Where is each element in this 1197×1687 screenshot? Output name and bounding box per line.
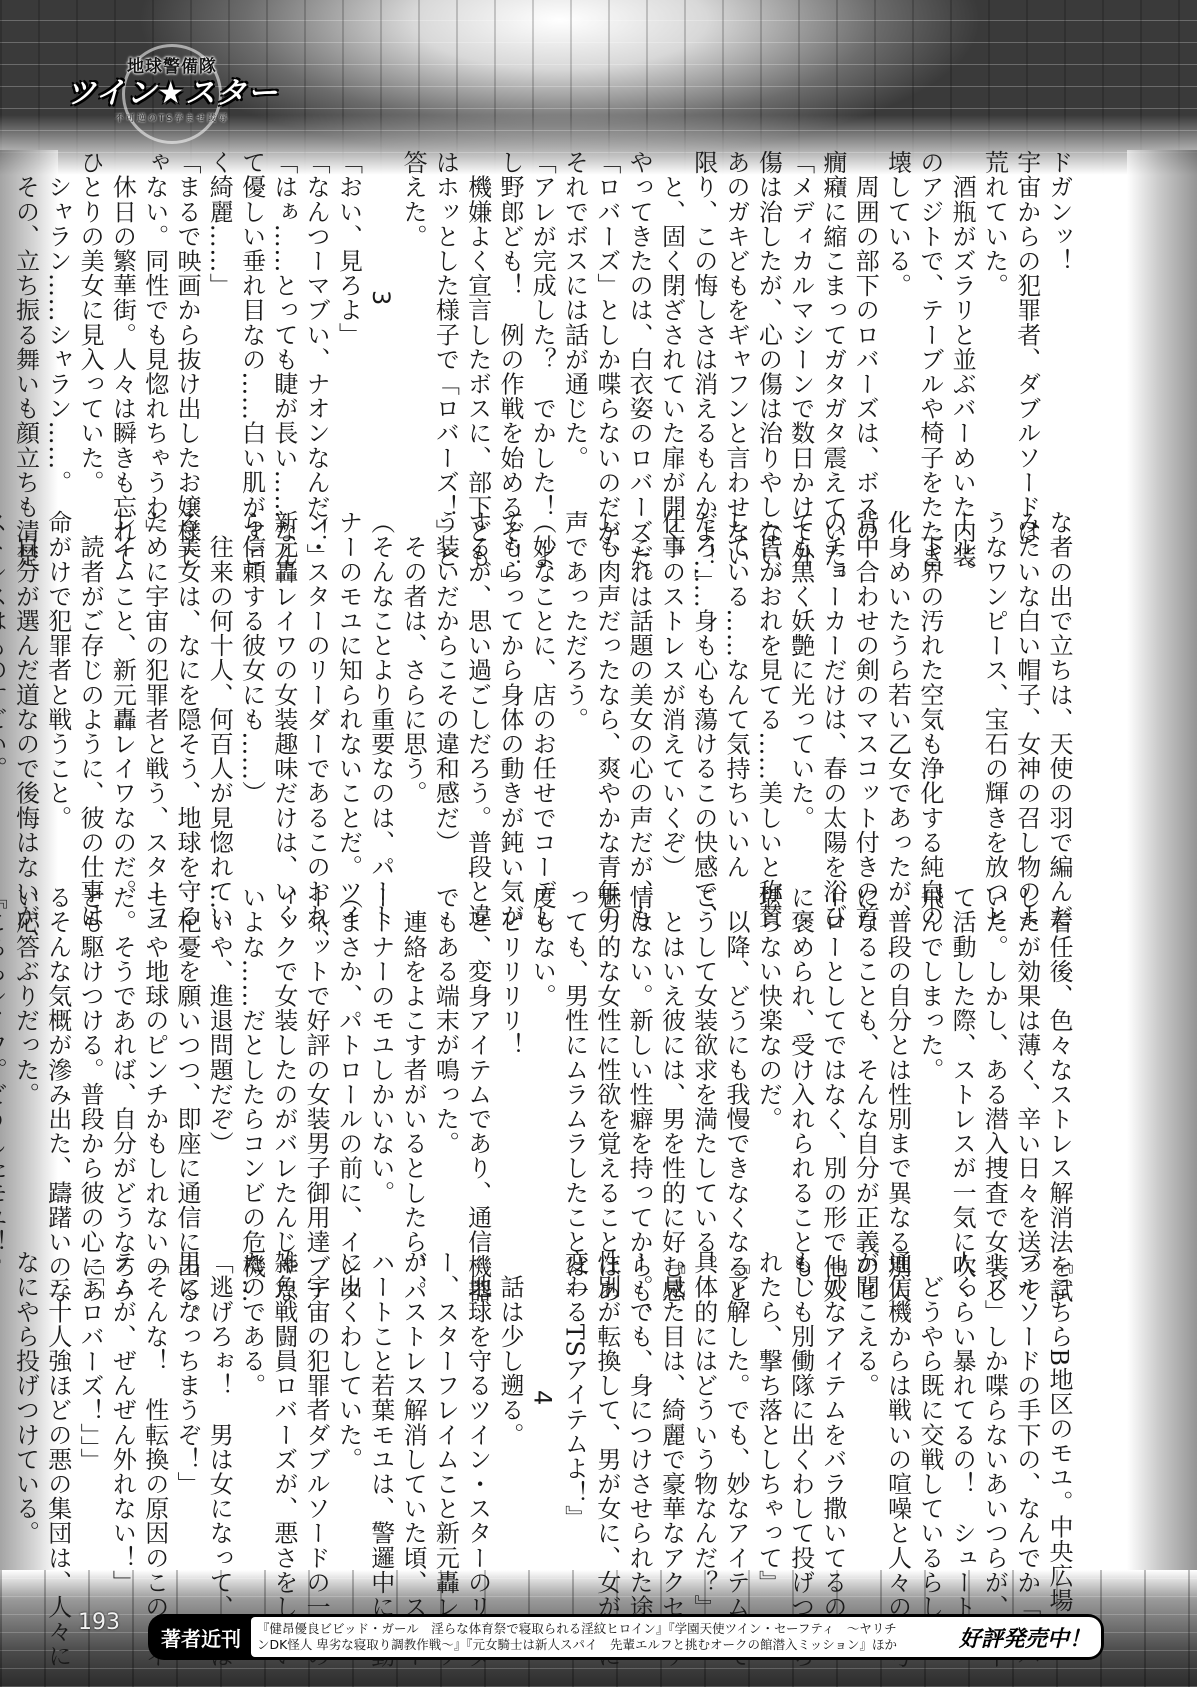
text-column: 周囲の部下のロバーズは、ボスの bbox=[849, 150, 881, 490]
text-column: 答えた。 bbox=[397, 150, 429, 490]
text-column: のチョーカーだけは、春の太陽を浴び bbox=[817, 510, 849, 850]
text-column: 通信機からは戦いの喧噪と人々の怒号 bbox=[881, 1250, 913, 1585]
text-column: て優しい垂れ目なの……白い肌がすご bbox=[235, 150, 267, 490]
text-column: ても黒く妖艶に光っていた。 bbox=[784, 510, 816, 850]
author-recent-works-banner: 著者近刊 『健昂優良ビビッド・ガール 淫らな体育祭で寝取られる淫紋ヒロイン』『学… bbox=[148, 1614, 1104, 1660]
text-column: て活動した際、ストレスが一気に吹っ bbox=[946, 885, 978, 1225]
text-column: ーローとしてではなく、別の形で他人 bbox=[817, 885, 849, 1225]
text-column: 仕事のストレスが消えていくぞ） bbox=[655, 510, 687, 850]
text-column: 傷は治したが、心の傷は治りやしない。 bbox=[752, 150, 784, 490]
text-column: と、変身アイテムであり、通信機器 bbox=[461, 885, 493, 1225]
text-column: い応答ぶりだった。 bbox=[9, 885, 41, 1225]
text-column: 『こちらB地区のモユ。中央広場でダ bbox=[1043, 1250, 1075, 1585]
text-column: している……なんて気持ちいいん bbox=[720, 510, 752, 850]
text-column: シャラン……シャラン……。 bbox=[42, 150, 74, 490]
text-column: たのである。 bbox=[235, 1250, 267, 1585]
page-number: 193 bbox=[78, 1610, 120, 1635]
text-column: 変わるTSアイテムよ！』 bbox=[558, 1250, 590, 1585]
text-column: が、ストレス解消していた頃、スター bbox=[397, 1250, 429, 1585]
text-column: 『妙なアイテムをバラ撒いてるのよ。 bbox=[817, 1250, 849, 1585]
text-column: 読者がご存じのように、彼の仕事は bbox=[74, 510, 106, 850]
text-column: 以降、どうにも我慢できなくなると、 bbox=[720, 885, 752, 1225]
recent-works-box: 『健昂優良ビビッド・ガール 淫らな体育祭で寝取られる淫紋ヒロイン』『学園天使ツイ… bbox=[251, 1617, 1101, 1657]
text-column: ィックで女装したのがバレたんじゃな bbox=[268, 885, 300, 1225]
text-column: （妙なことに、店のお任せでコーデし bbox=[526, 510, 558, 850]
text-column: ーズ」しか喋らないあいつらが、二十 bbox=[978, 1250, 1010, 1585]
text-column: 『了解した。でも、妙なアイテムって bbox=[720, 1250, 752, 1585]
text-column: 休日の繁華街。人々は瞬きも忘れて bbox=[106, 150, 138, 490]
text-column: 背中合わせの剣のマスコット付きの首 bbox=[849, 510, 881, 850]
text-column: ナーのモユに知られないことだ。ツイ bbox=[332, 510, 364, 850]
text-column: （皆がおれを見てる……美しいと称賛 bbox=[752, 510, 784, 850]
text-column: 連絡をよこす者がいるとしたら、パ bbox=[397, 885, 429, 1225]
recent-works-line-1: 『健昂優良ビビッド・ガール 淫らな体育祭で寝取られる淫紋ヒロイン』『学園天使ツイ… bbox=[257, 1621, 897, 1636]
text-column: これは話題の美女の心の声だが、も bbox=[623, 510, 655, 850]
text-column: でもある端末が鳴った。 bbox=[429, 885, 461, 1225]
text-column: いよな……だとしたらコンビの危機… bbox=[235, 885, 267, 1225]
text-column: ール。 bbox=[946, 510, 978, 850]
text-column: 具体的にはどういう物なんだ？』 bbox=[687, 1250, 719, 1585]
text-column: 「おい、見ろよ」 bbox=[332, 150, 364, 490]
text-column: ピリリリリ！ bbox=[494, 885, 526, 1225]
text-column: ー。でも、身につけさせられた途端、 bbox=[623, 1250, 655, 1585]
text-column: っても、男性にムラムラしたことは一 bbox=[558, 885, 590, 1225]
text-column: 機嫌よく宣言したボスに、部下ども bbox=[461, 150, 493, 490]
text-column: 限り、この悔しさは消えるもんかよ！」 bbox=[687, 150, 719, 490]
circuit-right-margin bbox=[1127, 150, 1197, 1570]
text-column: 「なんつーマブい、ナオンなんだ！」 bbox=[300, 150, 332, 490]
logo-top-line: 地球警備隊 bbox=[62, 52, 282, 77]
text-column: 普段の自分とは性別まで異なる別人 bbox=[881, 885, 913, 1225]
text-column: その、立ち振る舞いも顔立ちも清楚 bbox=[9, 150, 41, 490]
text-column: れたら、撃ち落としちゃって』 bbox=[752, 1250, 784, 1585]
text-band-1: ドガンッ！宇宙からの犯罪者、ダブルソードは荒れていた。 酒瓶がズラリと並ぶバーめ… bbox=[70, 150, 1075, 490]
text-band-4: 『こちらB地区のモユ。中央広場でダブルソードの手下の、なんでか「ロバーズ」しか喋… bbox=[70, 1250, 1075, 1585]
text-column: 地球を守るツイン・スターのリーダ bbox=[461, 1250, 493, 1585]
text-column: が聞こえる。 bbox=[849, 1250, 881, 1585]
text-column: レイムこと、新元轟レイワなのだ。 bbox=[106, 510, 138, 850]
text-column: 人くらい暴れてるの！ シュート！』 bbox=[946, 1250, 978, 1585]
text-column: こうして女装欲求を満たしている。 bbox=[687, 885, 719, 1225]
text-column: ーネットで好評の女装男子御用達ブテ bbox=[300, 885, 332, 1225]
text-column: 杞憂を願いつつ、即座に通信に出る。 bbox=[171, 885, 203, 1225]
text-column: 飛んでしまった。 bbox=[914, 885, 946, 1225]
text-column: 『見た目は、綺麗で豪華なアクセサリ bbox=[655, 1250, 687, 1585]
text-column: どうやら既に交戦しているらしい。 bbox=[914, 1250, 946, 1585]
text-column: 度もない。 bbox=[526, 885, 558, 1225]
text-band-2: な者の出で立ちは、天使の羽で編んだみたいな白い帽子、女神の召し物のようなワンピー… bbox=[70, 510, 1075, 850]
text-column: 下界の汚れた空気も浄化する純白の bbox=[914, 510, 946, 850]
text-column: モユや地球のピンチかもしれないの bbox=[138, 885, 170, 1225]
text-column: 雑魚戦闘員ロバーズが、悪さをしてい bbox=[268, 1250, 300, 1585]
text-column: しも肉声だったなら、爽やかな青年の bbox=[591, 510, 623, 850]
text-column: その者は、さらに思う。 bbox=[397, 510, 429, 850]
text-column: るそんな気概が滲み出た、躊躇いのな bbox=[42, 885, 74, 1225]
text-column: ハートこと若葉モユは、警邏中に騒動 bbox=[364, 1250, 396, 1585]
text-column: 声であっただろう。 bbox=[558, 510, 590, 850]
series-logo: 地球警備隊 ツイン★スター 不可逆のTS孕ませ陵辱 bbox=[62, 42, 282, 142]
text-column: な者の出で立ちは、天使の羽で編んだ bbox=[1043, 510, 1075, 850]
text-column: みたいな白い帽子、女神の召し物のよ bbox=[1010, 510, 1042, 850]
text-column: テムが、ぜんぜん外れない！」 bbox=[106, 1250, 138, 1585]
text-column: あのガキどもをギャフンと言わせない bbox=[720, 150, 752, 490]
text-column: ストレスはものすごい。 bbox=[0, 510, 9, 850]
text-column: したが効果は薄く、辛い日々を送って bbox=[1010, 885, 1042, 1225]
text-column: と、固く閉ざされていた扉が開く。 bbox=[655, 150, 687, 490]
text-column: し野郎ども！ 例の作戦を始めるぞ！」 bbox=[494, 150, 526, 490]
text-column: ひとりの美女に見入っていた。 bbox=[74, 150, 106, 490]
text-column: 「ロバーズ」としか喋らないのだが、 bbox=[591, 150, 623, 490]
text-column: 着任後、色々なストレス解消法を試 bbox=[1043, 885, 1075, 1225]
text-column: やってきたのは、白衣姿のロバーズだ。 bbox=[623, 150, 655, 490]
on-sale-callout: 好評発売中！ bbox=[959, 1622, 1091, 1653]
text-column: 「アレが完成した？ でかした！ よ bbox=[526, 150, 558, 490]
text-band-3: 着任後、色々なストレス解消法を試したが効果は薄く、辛い日々を送っていた。しかし、… bbox=[70, 885, 1075, 1225]
text-column: 自分が選んだ道なので後悔はないが、 bbox=[9, 510, 41, 850]
text-column: するが、思い過ごしだろう。普段と違 bbox=[461, 510, 493, 850]
text-column: 癇癪に縮こまってガタガタ震えていた。 bbox=[817, 150, 849, 490]
text-column: ために宇宙の犯罪者と戦う、スターフ bbox=[138, 510, 170, 850]
text-column: 「そんな！ 性転換の原因のこのアイ bbox=[138, 1250, 170, 1585]
text-column: てもらってから身体の動きが鈍い気が bbox=[494, 510, 526, 850]
text-column: うなワンピース、宝石の輝きを放つヒ bbox=[978, 510, 1010, 850]
logo-title: ツイン★スター bbox=[62, 77, 282, 111]
text-column: （まさか、パトロールの前に、インタ bbox=[332, 885, 364, 1225]
text-column: 「まるで映画から抜け出したお嬢様じ bbox=[171, 150, 203, 490]
text-column: に出くわしていた。 bbox=[332, 1250, 364, 1585]
text-column: ートナーのモユしかいない。 bbox=[364, 885, 396, 1225]
text-column: …いや、進退問題だぞ） bbox=[203, 885, 235, 1225]
text-column: 話は少し遡る。 bbox=[494, 1250, 526, 1585]
text-column: もしも別働隊に出くわして投げつけら bbox=[784, 1250, 816, 1585]
recent-works-label: 著者近刊 bbox=[151, 1623, 251, 1652]
text-column: はホッとした様子で「ロバーズ！」と bbox=[429, 150, 461, 490]
text-column: ブルソードの手下の、なんでか「ロバ bbox=[1010, 1250, 1042, 1585]
text-column: に褒められ、受け入れられることも、 bbox=[784, 885, 816, 1225]
text-column: 化身めいたうら若い乙女であったが、 bbox=[881, 510, 913, 850]
text-column: だ。そうであれば、自分がどうなろう bbox=[106, 885, 138, 1225]
text-column: る美女は、なにを隠そう、地球を守る bbox=[171, 510, 203, 850]
text-column: 命がけで犯罪者と戦うこと。 bbox=[42, 510, 74, 850]
text-column: く綺麗……」 bbox=[203, 150, 235, 490]
text-column: それでボスには話が通じた。 bbox=[558, 150, 590, 490]
text-column: ら信頼する彼女にも……） bbox=[235, 510, 267, 850]
text-column: 「はぁ……とっても睫が長い……なん bbox=[268, 150, 300, 490]
text-column: 堪らない快楽なのだ。 bbox=[752, 885, 784, 1225]
text-column: 『こちらレイワ。どうしたモユ！』 bbox=[0, 885, 9, 1225]
text-column: 「メディカルマシーンで数日かけて外 bbox=[784, 150, 816, 490]
text-column: 魅力的な女性に性欲を覚えることはあ bbox=[591, 885, 623, 1225]
text-column: 酒瓶がズラリと並ぶバーめいた内装 bbox=[946, 150, 978, 490]
recent-works-titles: 『健昂優良ビビッド・ガール 淫らな体育祭で寝取られる淫紋ヒロイン』『学園天使ツイ… bbox=[257, 1621, 951, 1653]
text-column: 新元轟レイワの女装趣味だけは、いく bbox=[268, 510, 300, 850]
text-column: 宇宙からの犯罪者、ダブルソードは bbox=[1010, 150, 1042, 490]
logo-subtitle: 不可逆のTS孕ませ陵辱 bbox=[62, 111, 282, 124]
text-column: 二十人強ほどの悪の集団は、人々に bbox=[42, 1250, 74, 1585]
text-column: ー、スターフレイムこと新元轟レイワ bbox=[429, 1250, 461, 1585]
text-column: なにやら投げつけている。 bbox=[9, 1250, 41, 1585]
text-column: 荒れていた。 bbox=[978, 150, 1010, 490]
text-column: 情はない。新しい性癖を持ってからも、 bbox=[623, 885, 655, 1225]
text-column: ドガンッ！ bbox=[1043, 150, 1075, 490]
text-column: になることも、そんな自分が正義のヒ bbox=[849, 885, 881, 1225]
text-column: ン・スターのリーダーであるこのおれ、 bbox=[300, 510, 332, 850]
text-column: 壊している。 bbox=[881, 150, 913, 490]
text-column: だろ……身も心も蕩けるこの快感で、 bbox=[687, 510, 719, 850]
section-number: 3 bbox=[364, 150, 396, 490]
text-column: 往来の何十人、何百人が見惚れてい bbox=[203, 510, 235, 850]
text-column: のアジトで、テーブルや椅子をたたき bbox=[914, 150, 946, 490]
recent-works-line-2: ンDK怪人 卑劣な寝取り調教作戦～』『元女騎士は新人スパイ 先輩エルフと挑むオー… bbox=[257, 1637, 897, 1652]
text-column: とはいえ彼には、男を性的に好む感 bbox=[655, 885, 687, 1225]
text-column: 性別が転換して、男が女に、女が男に bbox=[591, 1250, 623, 1585]
text-column: 宇宙の犯罪者ダブルソードの一味の bbox=[300, 1250, 332, 1585]
text-column: とも駆けつける。普段から彼の心にあ bbox=[74, 885, 106, 1225]
text-column: 男になっちまうぞ！」 bbox=[171, 1250, 203, 1585]
text-column: う装いだからこその違和感だ） bbox=[429, 510, 461, 850]
text-column: 「逃げろぉ！ 男は女になって、女は bbox=[203, 1250, 235, 1585]
text-column: ゃない。同性でも見惚れちゃうわ」 bbox=[138, 150, 170, 490]
text-column: いた。しかし、ある潜入捜査で女装し bbox=[978, 885, 1010, 1225]
text-column: 「「「ロバーズ！」」」 bbox=[74, 1250, 106, 1585]
text-column: （そんなことより重要なのは、パート bbox=[364, 510, 396, 850]
section-number: 4 bbox=[526, 1250, 558, 1585]
